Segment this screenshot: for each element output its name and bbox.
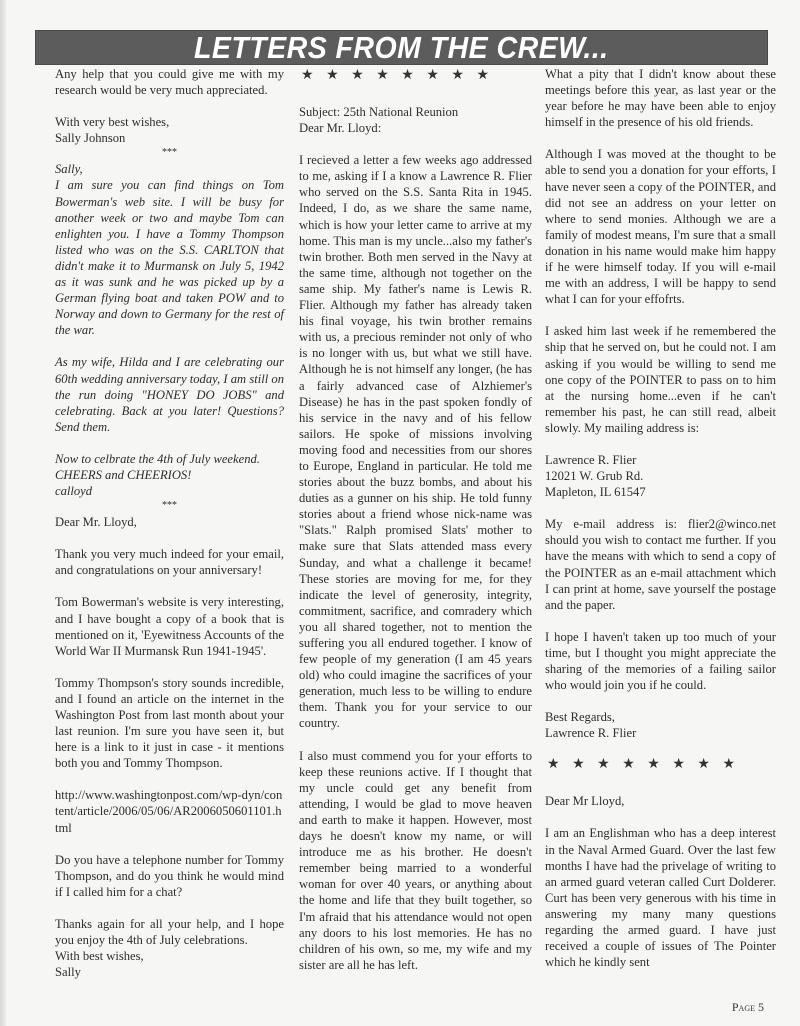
letter-paragraph: Do you have a telephone number for Tommy… xyxy=(55,852,284,900)
column-1: Any help that you could give me with my … xyxy=(55,66,284,980)
letter-paragraph: Although I was moved at the thought to b… xyxy=(545,146,776,307)
star-icon: ★ xyxy=(426,68,439,84)
column-2: ★ ★ ★ ★ ★ ★ ★ ★ Subject: 25th National R… xyxy=(299,66,532,989)
letter-paragraph: Thank you very much indeed for your emai… xyxy=(55,546,284,578)
letter-salutation: Dear Mr Lloyd, xyxy=(545,793,776,809)
star-divider: ★ ★ ★ ★ ★ ★ ★ ★ xyxy=(301,68,489,84)
column-3: What a pity that I didn't know about the… xyxy=(545,66,776,970)
star-icon: ★ xyxy=(622,757,635,773)
letter-salutation: Dear Mr. Lloyd, xyxy=(55,514,284,530)
letter-paragraph: Any help that you could give me with my … xyxy=(55,66,284,98)
reply-paragraph: Now to celbrate the 4th of July weekend. xyxy=(55,451,284,467)
mailing-address-name: Lawrence R. Flier xyxy=(545,452,776,468)
letter-paragraph: I also must commend you for your efforts… xyxy=(299,748,532,973)
star-icon: ★ xyxy=(697,757,710,773)
letter-closing: With very best wishes, xyxy=(55,114,284,130)
letter-signature: Sally xyxy=(55,964,284,980)
star-icon: ★ xyxy=(376,68,389,84)
letter-salutation: Dear Mr. Lloyd: xyxy=(299,120,532,136)
section-banner: LETTERS FROM THE CREW... xyxy=(35,30,768,65)
letter-paragraph: I recieved a letter a few weeks ago addr… xyxy=(299,152,532,731)
star-icon: ★ xyxy=(451,68,464,84)
star-icon: ★ xyxy=(351,68,364,84)
page-edge-shadow xyxy=(0,0,6,1026)
star-divider: ★ ★ ★ ★ ★ ★ ★ ★ xyxy=(547,757,735,773)
letter-paragraph: I asked him last week if he remembered t… xyxy=(545,323,776,436)
letter-paragraph: What a pity that I didn't know about the… xyxy=(545,66,776,130)
mailing-address-street: 12021 W. Grub Rd. xyxy=(545,468,776,484)
letter-signature: Lawrence R. Flier xyxy=(545,725,776,741)
letter-paragraph: Thanks again for all your help, and I ho… xyxy=(55,916,284,948)
article-link[interactable]: http://www.washingtonpost.com/wp-dyn/con… xyxy=(55,787,284,835)
reply-salutation: Sally, xyxy=(55,161,284,177)
star-icon: ★ xyxy=(597,757,610,773)
star-icon: ★ xyxy=(647,757,660,773)
star-icon: ★ xyxy=(401,68,414,84)
letter-closing: With best wishes, xyxy=(55,948,284,964)
letter-paragraph: I hope I haven't taken up too much of yo… xyxy=(545,629,776,693)
letter-closing: Best Regards, xyxy=(545,709,776,725)
letter-subject: Subject: 25th National Reunion xyxy=(299,104,532,120)
section-title: LETTERS FROM THE CREW... xyxy=(194,30,609,66)
separator-asterisks: *** xyxy=(55,147,284,159)
star-icon: ★ xyxy=(326,68,339,84)
letter-signature: Sally Johnson xyxy=(55,130,284,146)
star-icon: ★ xyxy=(476,68,489,84)
reply-signature: calloyd xyxy=(55,483,284,499)
reply-paragraph: CHEERS and CHEERIOS! xyxy=(55,467,284,483)
letter-paragraph: Tommy Thompson's story sounds incredible… xyxy=(55,675,284,772)
letter-paragraph: Tom Bowerman's website is very interesti… xyxy=(55,594,284,658)
star-icon: ★ xyxy=(547,757,560,773)
mailing-address-city: Mapleton, IL 61547 xyxy=(545,484,776,500)
page-number: Page 5 xyxy=(732,1000,764,1015)
reply-paragraph: I am sure you can find things on Tom Bow… xyxy=(55,177,284,338)
letter-paragraph: I am an Englishman who has a deep intere… xyxy=(545,825,776,970)
star-icon: ★ xyxy=(722,757,735,773)
star-icon: ★ xyxy=(572,757,585,773)
star-icon: ★ xyxy=(672,757,685,773)
letter-paragraph: My e-mail address is: flier2@winco.net s… xyxy=(545,516,776,613)
reply-paragraph: As my wife, Hilda and I are celebrating … xyxy=(55,354,284,434)
star-icon: ★ xyxy=(301,68,314,84)
separator-asterisks: *** xyxy=(55,500,284,512)
